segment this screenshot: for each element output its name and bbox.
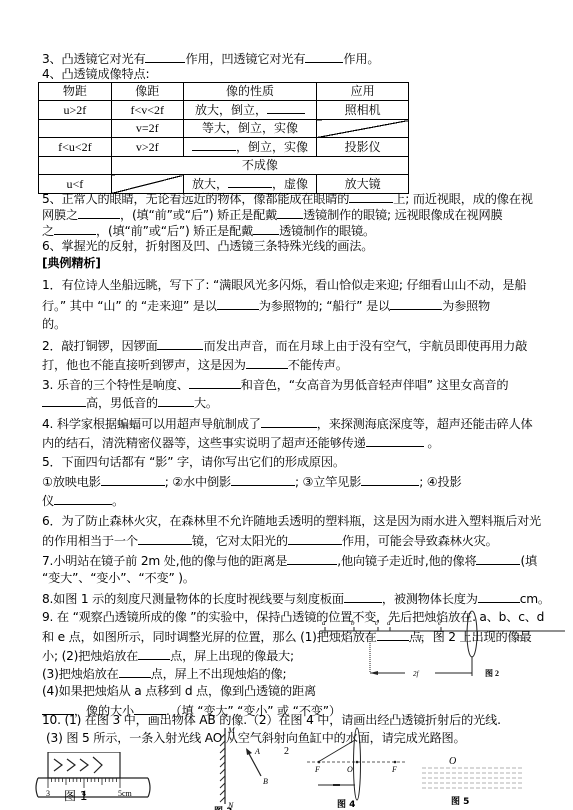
svg-text:图 2: 图 2	[485, 668, 499, 678]
cell-nature: ，倒立，实像	[183, 138, 317, 157]
table-row: u>2f f<v<2f 放大，倒立， 照相机	[39, 101, 409, 120]
e9-line-4: (3)把烛焰放在点，屏上不出现烛焰的像;	[42, 665, 286, 682]
nature-text: 放大，倒立，	[195, 103, 267, 117]
section-title: [典例精析]	[42, 255, 101, 271]
e1-blank-2[interactable]	[390, 297, 442, 310]
e1-line-3: 的。	[42, 316, 66, 332]
text: ; ③立竿见影	[295, 475, 361, 489]
nature-blank[interactable]	[267, 101, 305, 114]
text: ，(填“前”或“后”) 矫正是配戴	[120, 208, 277, 222]
cell-u-blank[interactable]	[39, 120, 112, 138]
cell-u: f<u<2f	[39, 138, 112, 157]
svg-text:M: M	[227, 726, 236, 735]
table-row: f<u<2f v>2f ，倒立，实像 投影仪	[39, 138, 409, 157]
header-image-distance: 像距	[111, 83, 183, 101]
e1-line-2: 行。” 其中 “山” 的 “走来迎” 是以为参照物的; “船行” 是以为参照物	[42, 297, 490, 314]
text: 不能传声。	[288, 358, 348, 372]
e7-line-2: “变大”、“变小”、“不变” )。	[42, 570, 195, 586]
figure-4-caption: 图 4	[337, 797, 355, 810]
svg-text:F: F	[391, 765, 397, 774]
text: 和音色，“女高音为男低音轻声伴唱” 这里女高音的	[241, 378, 509, 392]
e3-blank-1[interactable]	[189, 376, 241, 389]
cell-nature: 放大，倒立，	[183, 101, 317, 120]
text: 小; (2)把烛焰放在	[42, 649, 138, 663]
q3-text-c: 作用。	[343, 52, 379, 66]
q3-line: 3、凸透镜它对光有作用，凹透镜它对光有作用。	[42, 50, 379, 67]
point-a: a	[322, 619, 326, 627]
text: 3. 乐音的三个特性是响度、	[42, 378, 189, 392]
text: 高，男低音的	[86, 396, 158, 410]
svg-text:d: d	[387, 619, 391, 627]
text: cm。	[520, 592, 550, 606]
text: 4. 科学家根据蝙蝠可以用超声导航制成了	[42, 417, 261, 431]
e7-line-1: 7.小明站在镜子前 2m 处,他的像与他的距离是,他向镜子走近时,他的像将(填	[42, 552, 537, 569]
q4-title: 4、凸透镜成像特点:	[42, 66, 149, 82]
cell-u: u>2f	[39, 101, 112, 120]
svg-text:F: F	[314, 765, 320, 774]
e5-blank-1[interactable]	[101, 473, 165, 486]
text: ①放映电影	[42, 475, 101, 489]
text: ，来探测海底深度等，超声还能击碎人体	[317, 417, 533, 431]
text: 点，屏上出现的像最大;	[170, 649, 294, 663]
e1-line-1: 1．有位诗人坐船远眺，写下了: “满眼风光多闪烁，看山恰似走来迎; 仔细看山山不…	[42, 277, 526, 293]
text: 7.小明站在镜子前 2m 处,他的像与他的距离是	[42, 554, 287, 568]
q5-blank-2[interactable]	[78, 206, 120, 219]
e5-line-3: 仪。	[42, 492, 124, 509]
text: 的作用相当于一个	[42, 534, 138, 548]
q3-text-a: 3、凸透镜它对光有	[42, 52, 145, 66]
svg-text:B: B	[263, 777, 268, 786]
svg-text:5cm: 5cm	[118, 789, 133, 798]
text: 大。	[194, 396, 218, 410]
e4-blank-1[interactable]	[261, 415, 317, 428]
q5-blank-4[interactable]	[54, 222, 96, 235]
text: 。	[427, 436, 439, 450]
header-object-distance: 物距	[39, 83, 112, 101]
svg-text:O: O	[449, 756, 456, 767]
svg-text:e: e	[438, 619, 441, 627]
figure-2-lens-bench: a b c d e F F 2f 图 2	[310, 610, 570, 690]
e6-line-1: 6．为了防止森林火灾，在森林里不允许随地丢透明的塑料瓶，这是因为雨水进入塑料瓶后…	[42, 513, 541, 529]
svg-text:3: 3	[46, 789, 50, 798]
e2-blank-1[interactable]	[157, 337, 203, 350]
cell-app: 投影仪	[317, 138, 409, 157]
svg-text:O: O	[347, 765, 353, 774]
e7-blank-2[interactable]	[476, 552, 520, 565]
text: 为参照物	[442, 299, 490, 313]
figure-4-convex-lens: F O F	[305, 724, 415, 810]
header-image-nature: 像的性质	[183, 83, 317, 101]
e8-blank-1[interactable]	[344, 590, 382, 603]
q5-blank-5[interactable]	[253, 222, 279, 235]
e4-line-1: 4. 科学家根据蝙蝠可以用超声导航制成了，来探测海底深度等，超声还能击碎人体	[42, 415, 532, 432]
cell-app: 照相机	[317, 101, 409, 120]
table-row: 不成像	[39, 157, 409, 175]
table-header-row: 物距 像距 像的性质 应用	[39, 83, 409, 101]
text: 行。” 其中 “山” 的 “走来迎” 是以	[42, 299, 217, 313]
cell-v: f<v<2f	[111, 101, 183, 120]
cell-v: v>2f	[111, 138, 183, 157]
nature-text: 放大，	[192, 177, 228, 191]
text: 内的结石，清洗精密仪器等，这些事实说明了超声还能够传递	[42, 436, 366, 450]
e9-blank-2[interactable]	[138, 647, 170, 660]
e8-line: 8.如图 1 示的刻度尺测量物体的长度时视线要与刻度板面，被测物体长度为cm。	[42, 590, 550, 607]
e3-blank-2[interactable]	[42, 394, 86, 407]
e2-line-1: 2．敲打铜锣，因锣面而发出声音，而在月球上由于没有空气，宇航员即使再用力敲	[42, 337, 527, 354]
q3-blank-2[interactable]	[305, 50, 343, 63]
text: 镜，它对太阳光的	[192, 534, 288, 548]
nature-text: ，倒立，实像	[236, 140, 308, 154]
stray-number: 2	[284, 746, 289, 757]
text: ，(填“前”或“后”) 矫正是配戴	[96, 224, 253, 238]
table-row: v=2f 等大，倒立，实像	[39, 120, 409, 138]
cell-nature: 等大，倒立，实像	[183, 120, 317, 138]
nature-blank[interactable]	[192, 138, 236, 151]
q5-line-1: 5、正常人的眼睛，无论看远近的物体，像都能成在眼睛的上; 而近视眼，成的像在视	[42, 190, 533, 207]
figure-5-water-surface: O	[420, 752, 570, 797]
q6-line: 6、掌握光的反射，折射图及凹、凸透镜三条特殊光线的画法。	[42, 238, 373, 254]
text: 上; 而近视眼，成的像在视	[393, 192, 532, 206]
cell-app-diagonal	[317, 120, 409, 138]
text: 之	[42, 224, 54, 238]
text: 5、正常人的眼睛，无论看远近的物体，像都能成在眼睛的	[42, 192, 349, 206]
svg-text:c: c	[375, 619, 379, 627]
text: 作用，可能会导致森林火灾。	[342, 534, 498, 548]
svg-text:b: b	[351, 619, 355, 627]
e7-blank-1[interactable]	[287, 552, 337, 565]
text: ; ④投影	[419, 475, 461, 489]
nature-text-2: ，虚像	[272, 177, 308, 191]
svg-text:F: F	[516, 634, 522, 642]
figure-3-plane-mirror: M N A B	[215, 724, 295, 810]
svg-text:2f: 2f	[413, 670, 420, 678]
cell-v: v=2f	[111, 120, 183, 138]
e2-blank-2[interactable]	[246, 356, 288, 369]
q5-blank-3[interactable]	[277, 206, 303, 219]
text: 透镜制作的眼镜。	[279, 224, 375, 238]
figure-1-ruler: 3 4 5cm	[34, 752, 154, 810]
e5-line-2: ①放映电影; ②水中倒影; ③立竿见影; ④投影	[42, 473, 462, 490]
e5-line-1: 5．下面四句话都有 “影” 字，请你写出它们的形成原因。	[42, 454, 345, 470]
e9-line-3: 小; (2)把烛焰放在点，屏上出现的像最大;	[42, 647, 294, 664]
e4-line-2: 内的结石，清洗精密仪器等，这些事实说明了超声还能够传递 。	[42, 434, 439, 451]
text: 为参照物的; “船行” 是以	[259, 299, 390, 313]
text: (填	[520, 554, 537, 568]
header-application: 应用	[317, 83, 409, 101]
text: 打，他也不能直接听到锣声，这是因为	[42, 358, 246, 372]
e6-blank-2[interactable]	[288, 532, 342, 545]
q3-text-b: 作用，凹透镜它对光有	[185, 52, 305, 66]
cell-u-blank[interactable]	[39, 157, 112, 175]
q5-blank-1[interactable]	[349, 190, 393, 203]
q5-line-3: 之，(填“前”或“后”) 矫正是配戴透镜制作的眼镜。	[42, 222, 375, 239]
text: ，被测物体长度为	[382, 592, 478, 606]
text: 点，屏上不出现烛焰的像;	[151, 667, 287, 681]
text: 2．敲打铜锣，因锣面	[42, 339, 157, 353]
e9-line-5: (4)如果把烛焰从 a 点移到 d 点，像到凸透镜的距离	[42, 683, 316, 699]
e4-blank-2[interactable]	[366, 434, 424, 447]
e5-blank-4[interactable]	[54, 492, 112, 505]
q5-line-2: 网膜之，(填“前”或“后”) 矫正是配戴透镜制作的眼镜; 远视眼像成在视网膜	[42, 206, 502, 223]
e6-blank-1[interactable]	[138, 532, 192, 545]
text: ,他向镜子走近时,他的像将	[337, 554, 476, 568]
e3-line-1: 3. 乐音的三个特性是响度、和音色，“女高音为男低音轻声伴唱” 这里女高音的	[42, 376, 508, 393]
figure-3-caption: 图 3	[214, 804, 232, 810]
text: 8.如图 1 示的刻度尺测量物体的长度时视线要与刻度板面	[42, 592, 344, 606]
svg-text:A: A	[254, 747, 260, 756]
cell-merged: 不成像	[111, 157, 408, 175]
e9-blank-3[interactable]	[119, 665, 151, 678]
lens-imaging-table: 物距 像距 像的性质 应用 u>2f f<v<2f 放大，倒立， 照相机 v=2…	[38, 82, 409, 194]
e2-line-2: 打，他也不能直接听到锣声，这是因为不能传声。	[42, 356, 348, 373]
figure-1-caption: 图 1	[64, 787, 87, 804]
text: 透镜制作的眼镜; 远视眼像成在视网膜	[303, 208, 502, 222]
nature-blank[interactable]	[228, 175, 272, 188]
text: 网膜之	[42, 208, 78, 222]
text: 。	[112, 494, 124, 508]
e5-blank-2[interactable]	[231, 473, 295, 486]
text: 仪	[42, 494, 54, 508]
text: ; ②水中倒影	[165, 475, 231, 489]
figure-5-caption: 图 5	[451, 794, 469, 807]
text: 而发出声音，而在月球上由于没有空气，宇航员即使再用力敲	[203, 339, 527, 353]
e3-line-2: 高，男低音的大。	[42, 394, 218, 411]
svg-text:F: F	[418, 634, 424, 642]
text: (3)把烛焰放在	[42, 667, 119, 681]
e8-blank-2[interactable]	[478, 590, 520, 603]
e6-line-2: 的作用相当于一个镜，它对太阳光的作用，可能会导致森林火灾。	[42, 532, 498, 549]
e1-blank-1[interactable]	[217, 297, 259, 310]
e5-blank-3[interactable]	[361, 473, 419, 486]
e3-blank-3[interactable]	[158, 394, 194, 407]
q3-blank-1[interactable]	[145, 50, 185, 63]
